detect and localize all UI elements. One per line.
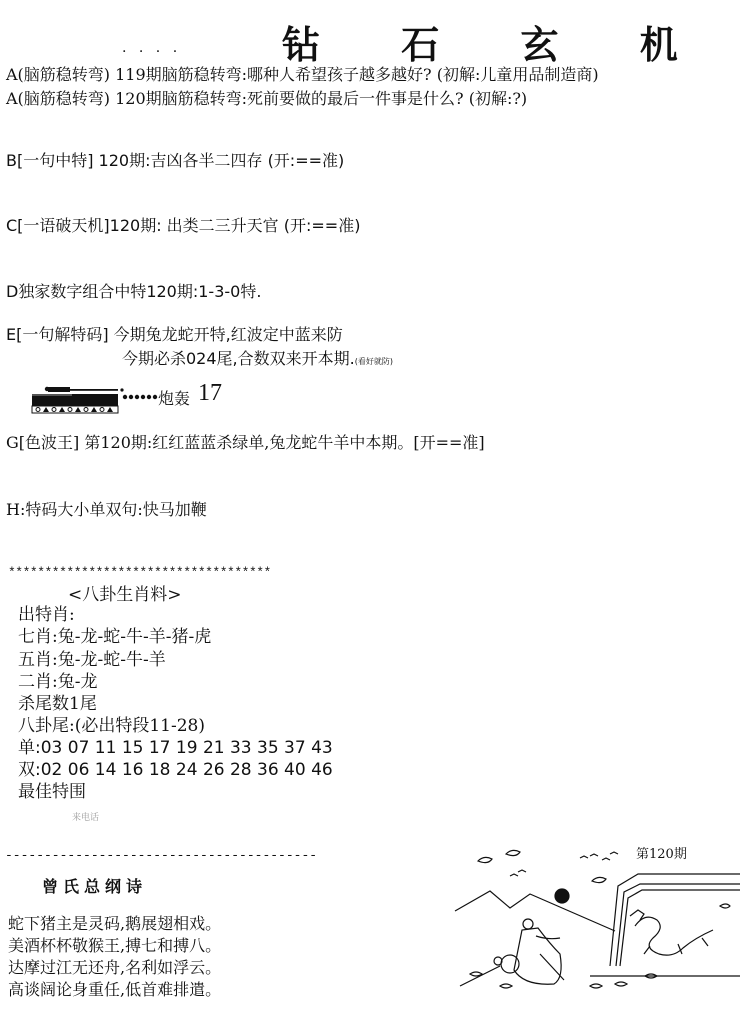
section-h: H:特码大小单双句:快马加鞭 (6, 497, 207, 520)
bagua-line: 最佳特围 (18, 781, 86, 804)
section-g: G[色波王] 第120期:红红蓝蓝杀绿单,兔龙蛇牛羊中本期。[开==准] (6, 430, 485, 453)
shell-dots-icon (122, 394, 158, 400)
bagua-line: 出特肖: (18, 604, 75, 627)
scholar-dragon-illustration (440, 836, 744, 1006)
section-e-line2: 今期必杀024尾,合数双来开本期.(看好就防) (122, 346, 393, 369)
bagua-even-numbers: 双:02 06 14 16 18 24 26 28 36 40 46 (18, 759, 333, 782)
section-d: D独家数字组合中特120期:1-3-0特. (6, 279, 261, 302)
cannon-label: 炮轰 (158, 386, 190, 409)
bagua-line: 二肖:兔-龙 (18, 671, 97, 694)
faint-text: 来电话 (72, 810, 99, 823)
bagua-line: 五肖:兔-龙-蛇-牛-羊 (18, 649, 166, 672)
bagua-odd-numbers: 单:03 07 11 15 17 19 21 33 35 37 43 (18, 737, 333, 760)
bagua-line: 七肖:兔-龙-蛇-牛-羊-猪-虎 (18, 626, 211, 649)
cannon-number: 17 (198, 380, 222, 407)
dash-divider: ---------------------------------------- (5, 848, 317, 863)
poem-body: 蛇下猪主是灵码,鹅展翅相戏。 美酒杯杯敬猴王,搏七和搏八。 达摩过江无还舟,名利… (8, 913, 221, 1001)
bagua-line: 杀尾数1尾 (18, 693, 97, 716)
page-title: 钻 石 玄 机 (282, 14, 712, 69)
star-divider: ************************************ (8, 565, 271, 580)
section-c: C[一语破天机]120期: 出类二三升天官 (开:==准) (6, 213, 360, 236)
poem-line: 美酒杯杯敬猴王,搏七和搏八。 (8, 935, 221, 957)
poem-line: 达摩过江无还舟,名利如浮云。 (8, 957, 221, 979)
section-a-120: A(脑筋稳转弯) 120期脑筋稳转弯:死前要做的最后一件事是什么? (初解:?) (6, 86, 527, 109)
section-b: B[一句中特] 120期:吉凶各半二四存 (开:==准) (6, 148, 344, 171)
decor-dots: . . . . (122, 40, 181, 56)
section-a-119: A(脑筋稳转弯) 119期脑筋稳转弯:哪种人希望孩子越多越好? (初解:儿童用品… (6, 62, 599, 85)
bagua-title: <八卦生肖料> (68, 580, 182, 605)
poem-title: 曾氏总纲诗 (42, 874, 147, 897)
tank-icon (30, 384, 130, 420)
section-e-note: (看好就防) (355, 357, 393, 366)
section-e-line2-text: 今期必杀024尾,合数双来开本期. (122, 349, 355, 368)
section-e-line1: E[一句解特码] 今期兔龙蛇开特,红波定中蓝来防 (6, 322, 343, 345)
poem-line: 蛇下猪主是灵码,鹅展翅相戏。 (8, 913, 221, 935)
poem-line: 高谈阔论身重任,低首难排遣。 (8, 979, 221, 1001)
period-label: 第120期 (636, 843, 687, 862)
bagua-line: 八卦尾:(必出特段11-28) (18, 715, 205, 738)
